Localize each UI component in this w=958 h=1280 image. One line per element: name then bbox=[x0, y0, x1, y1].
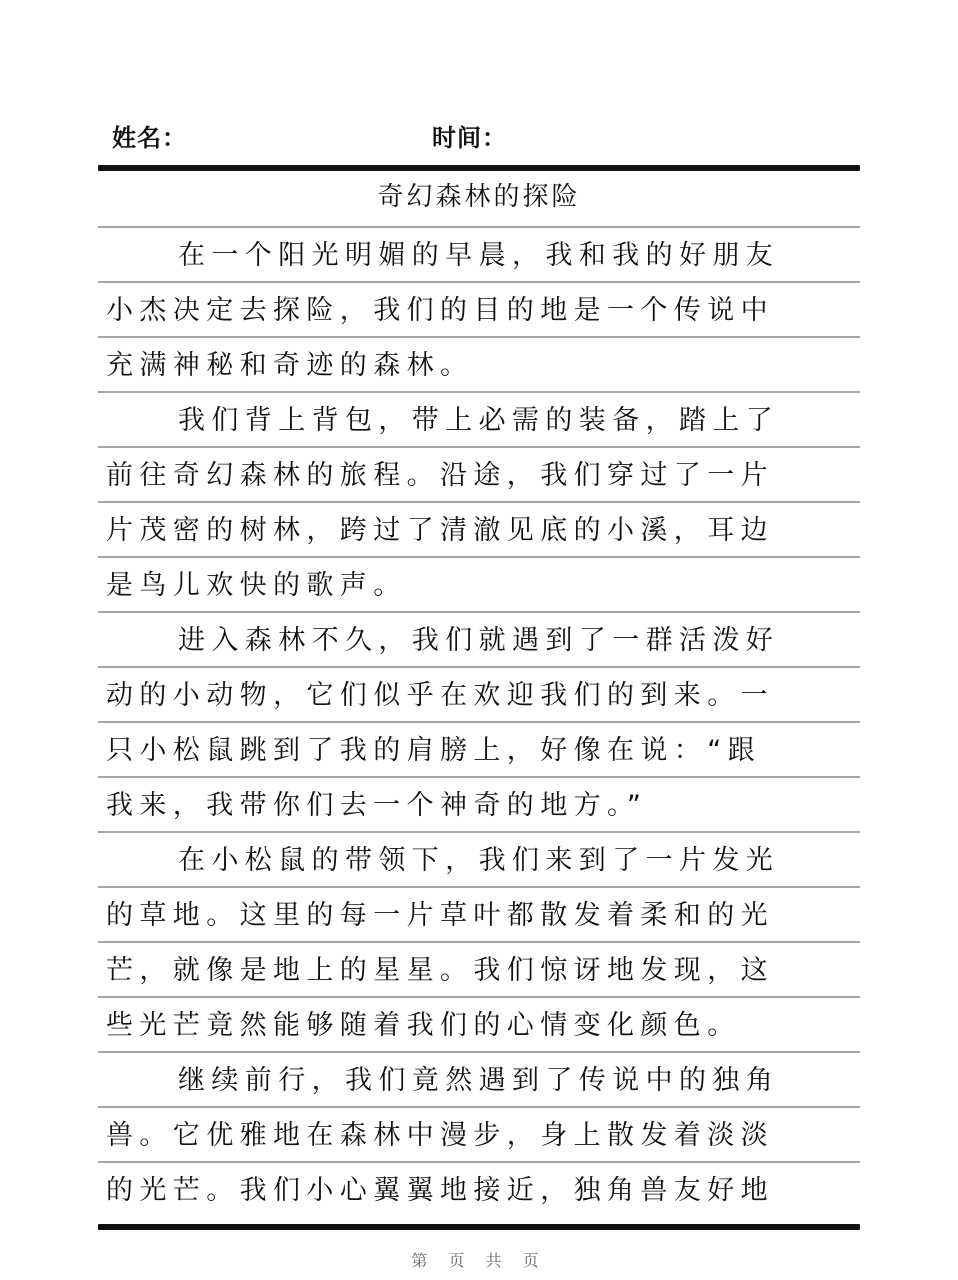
time-label: 时间： bbox=[432, 118, 507, 158]
essay-line: 的光芒。我们小心翼翼地接近，独角兽友好地 bbox=[98, 1161, 860, 1216]
essay-line: 芒，就像是地上的星星。我们惊讶地发现，这 bbox=[98, 941, 860, 996]
essay-line: 些光芒竟然能够随着我们的心情变化颜色。 bbox=[98, 996, 860, 1051]
essay-line: 片茂密的树林，跨过了清澈见底的小溪，耳边 bbox=[98, 501, 860, 556]
essay-line: 进入森林不久，我们就遇到了一群活泼好 bbox=[98, 611, 860, 666]
essay-line: 充满神秘和奇迹的森林。 bbox=[98, 336, 860, 391]
essay-line: 在小松鼠的带领下，我们来到了一片发光 bbox=[98, 831, 860, 886]
essay-line: 兽。它优雅地在森林中漫步，身上散发着淡淡 bbox=[98, 1106, 860, 1161]
essay-title: 奇幻森林的探险 bbox=[98, 172, 860, 226]
essay-line: 的草地。这里的每一片草叶都散发着柔和的光 bbox=[98, 886, 860, 941]
essay-line: 动的小动物，它们似乎在欢迎我们的到来。一 bbox=[98, 666, 860, 721]
essay-line: 前往奇幻森林的旅程。沿途，我们穿过了一片 bbox=[98, 446, 860, 501]
essay-line: 小杰决定去探险，我们的目的地是一个传说中 bbox=[98, 281, 860, 336]
essay-line: 我们背上背包，带上必需的装备，踏上了 bbox=[98, 391, 860, 446]
ruled-essay-body: 在一个阳光明媚的早晨，我和我的好朋友 小杰决定去探险，我们的目的地是一个传说中 … bbox=[98, 226, 860, 1216]
bottom-heavy-rule bbox=[98, 1224, 860, 1230]
name-label: 姓名： bbox=[112, 118, 187, 158]
top-heavy-rule bbox=[98, 165, 860, 171]
essay-line: 继续前行，我们竟然遇到了传说中的独角 bbox=[98, 1051, 860, 1106]
essay-line: 只小松鼠跳到了我的肩膀上，好像在说：“跟 bbox=[98, 721, 860, 776]
essay-line: 是鸟儿欢快的歌声。 bbox=[98, 556, 860, 611]
essay-line: 在一个阳光明媚的早晨，我和我的好朋友 bbox=[98, 226, 860, 281]
page-number-footer: 第 页 共 页 bbox=[0, 1248, 958, 1271]
essay-line: 我来，我带你们去一个神奇的地方。” bbox=[98, 776, 860, 831]
worksheet-header: 姓名： 时间： bbox=[112, 118, 852, 158]
